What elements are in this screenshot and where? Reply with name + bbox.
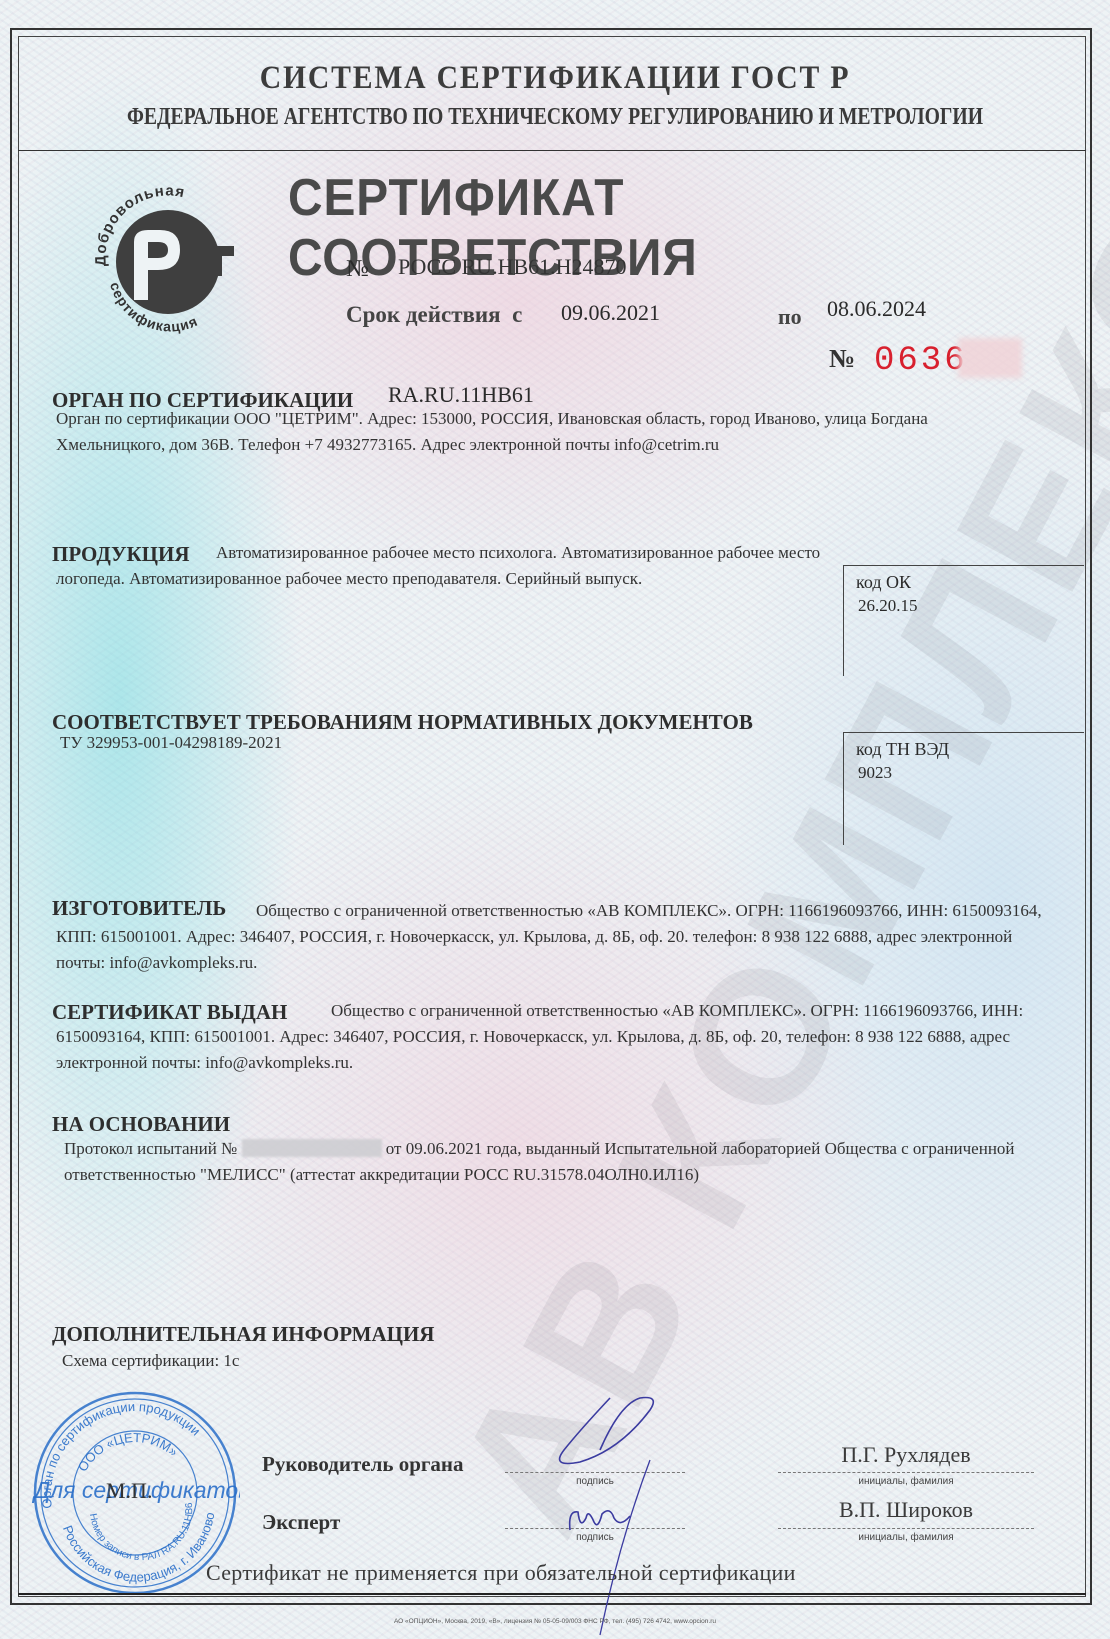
blank-number: 0636 — [874, 342, 968, 380]
additional-info-text: Схема сертификации: 1с — [62, 1348, 239, 1374]
product-text: Автоматизированное рабочее место психоло… — [56, 540, 826, 592]
additional-info-heading: ДОПОЛНИТЕЛЬНАЯ ИНФОРМАЦИЯ — [52, 1322, 434, 1347]
head-signature-stroke — [560, 1398, 654, 1464]
validity-label: Срок действия с — [346, 302, 522, 328]
certificate-number: РОСС RU.HB61.H24870 — [398, 254, 627, 280]
blank-number-label: № — [829, 344, 855, 374]
valid-to-label: по — [778, 304, 802, 330]
printer-imprint: АО «ОПЦИОН», Москва, 2019, «В», лицензия… — [0, 1618, 1110, 1625]
basis-heading: НА ОСНОВАНИИ — [52, 1112, 230, 1137]
expert-name-caption: инициалы, фамилия — [778, 1532, 1034, 1543]
head-name: П.Г. Рухлядев — [778, 1442, 1034, 1468]
blank-number-redaction — [958, 338, 1022, 378]
handwritten-signatures — [540, 1390, 700, 1639]
ok-code-value: 26.20.15 — [858, 596, 918, 616]
manufacturer-text: Общество с ограниченной ответственностью… — [56, 898, 1046, 976]
certification-body-code: RA.RU.11HB61 — [388, 382, 534, 408]
valid-from-date: 09.06.2021 — [561, 300, 660, 326]
conformity-text: ТУ 329953-001-04298189-2021 — [60, 730, 282, 756]
rst-voluntary-certification-icon: Добровольная сертификация — [88, 180, 248, 340]
footer-note: Сертификат не применяется при обязательн… — [206, 1560, 796, 1586]
agency-title: ФЕДЕРАЛЬНОЕ АГЕНТСТВО ПО ТЕХНИЧЕСКОМУ РЕ… — [100, 104, 1010, 131]
certificate-number-label: № — [346, 256, 369, 283]
issued-to-text: Общество с ограниченной ответственностью… — [56, 998, 1046, 1076]
basis-text: Протокол испытаний № от 09.06.2021 года,… — [56, 1136, 1046, 1188]
valid-to-date: 08.06.2024 — [827, 296, 926, 322]
head-name-line — [778, 1472, 1034, 1473]
protocol-number-redaction — [242, 1139, 382, 1157]
tn-ved-code-value: 9023 — [858, 763, 892, 783]
expert-signature-stroke — [570, 1511, 630, 1530]
expert-name-line — [778, 1528, 1034, 1529]
expert-name: В.П. Широков — [778, 1497, 1034, 1523]
bottom-divider — [18, 1593, 1086, 1595]
rst-logo: Добровольная сертификация — [88, 180, 248, 340]
ok-code-label: код ОК — [856, 572, 911, 593]
seal-place-label: М.П. — [106, 1478, 152, 1504]
tn-ved-code-label: код ТН ВЭД — [856, 739, 949, 760]
system-title: СИСТЕМА СЕРТИФИКАЦИИ ГОСТ Р — [56, 60, 1055, 97]
expert-label: Эксперт — [262, 1510, 340, 1535]
header-divider — [18, 150, 1086, 151]
basis-text-before: Протокол испытаний № — [64, 1139, 237, 1158]
svg-text:ООО «ЦЕТРИМ»: ООО «ЦЕТРИМ» — [75, 1430, 181, 1474]
ok-code-box: код ОК 26.20.15 — [843, 565, 1084, 676]
tn-ved-code-box: код ТН ВЭД 9023 — [843, 732, 1084, 845]
head-of-body-label: Руководитель органа — [262, 1452, 464, 1477]
certification-body-text: Орган по сертификации ООО "ЦЕТРИМ". Адре… — [56, 406, 1016, 458]
stamp-org-text: ООО «ЦЕТРИМ» — [75, 1430, 181, 1474]
head-name-caption: инициалы, фамилия — [778, 1476, 1034, 1487]
